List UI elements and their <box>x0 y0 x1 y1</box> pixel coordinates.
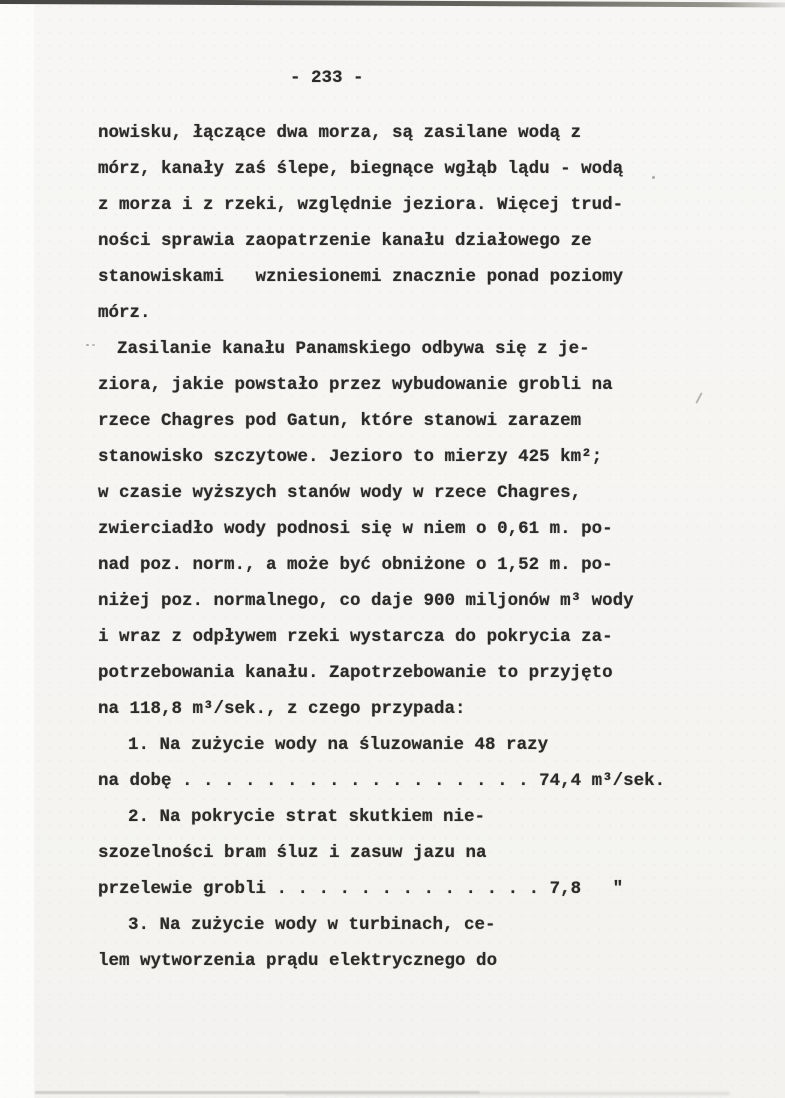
text-line-list-item-2: 2. Na pokrycie strat skutkiem nie- <box>98 799 678 835</box>
scan-speck <box>86 344 89 346</box>
text-line: nowisku, łączące dwa morza, są zasilane … <box>98 115 678 151</box>
text-line: ziora, jakie powstało przez wybudowanie … <box>98 367 678 403</box>
scan-edge-bottom <box>35 1091 480 1094</box>
scan-speck <box>652 176 655 179</box>
text-line-dot-leader: przelewie grobli . . . . . . . . . . . .… <box>98 871 678 907</box>
text-line: szozelności bram śluz i zasuw jazu na <box>98 835 678 871</box>
text-line: i wraz z odpływem rzeki wystarcza do pok… <box>98 619 678 655</box>
page-number: - 233 - <box>290 66 364 90</box>
scan-speck <box>695 392 702 404</box>
text-line: ności sprawia zaopatrzenie kanału działo… <box>98 223 678 259</box>
scan-edge-top <box>0 0 785 7</box>
text-line-paragraph-start: Zasilanie kanału Panamskiego odbywa się … <box>98 331 678 367</box>
text-line: stanowisko szczytowe. Jezioro to mierzy … <box>98 439 678 475</box>
text-line-list-item-3: 3. Na zużycie wody w turbinach, ce- <box>98 907 678 943</box>
text-line: w czasie wyższych stanów wody w rzece Ch… <box>98 475 678 511</box>
text-line: mórz, kanały zaś ślepe, biegnące wgłąb l… <box>98 151 678 187</box>
text-line: zwierciadło wody podnosi się w niem o 0,… <box>98 511 678 547</box>
text-line: potrzebowania kanału. Zapotrzebowanie to… <box>98 655 678 691</box>
text-line: rzece Chagres pod Gatun, które stanowi z… <box>98 403 678 439</box>
scanned-book-page: - 233 - nowisku, łączące dwa morza, są z… <box>0 0 785 1098</box>
text-line: stanowiskami wzniesionemi znacznie ponad… <box>98 259 678 295</box>
text-line-list-item-1: 1. Na zużycie wody na śluzowanie 48 razy <box>98 727 678 763</box>
text-line: z morza i z rzeki, względnie jeziora. Wi… <box>98 187 678 223</box>
text-line: na 118,8 m³/sek., z czego przypada: <box>98 691 678 727</box>
text-line: mórz. <box>98 295 678 331</box>
page-text-block: nowisku, łączące dwa morza, są zasilane … <box>98 115 678 979</box>
text-line: niżej poz. normalnego, co daje 900 miljo… <box>98 583 678 619</box>
text-line-dot-leader: na dobę . . . . . . . . . . . . . . . . … <box>98 763 678 799</box>
text-line: nad poz. norm., a może być obniżone o 1,… <box>98 547 678 583</box>
text-line: lem wytworzenia prądu elektrycznego do <box>98 943 678 979</box>
page-left-edge <box>0 0 34 1098</box>
